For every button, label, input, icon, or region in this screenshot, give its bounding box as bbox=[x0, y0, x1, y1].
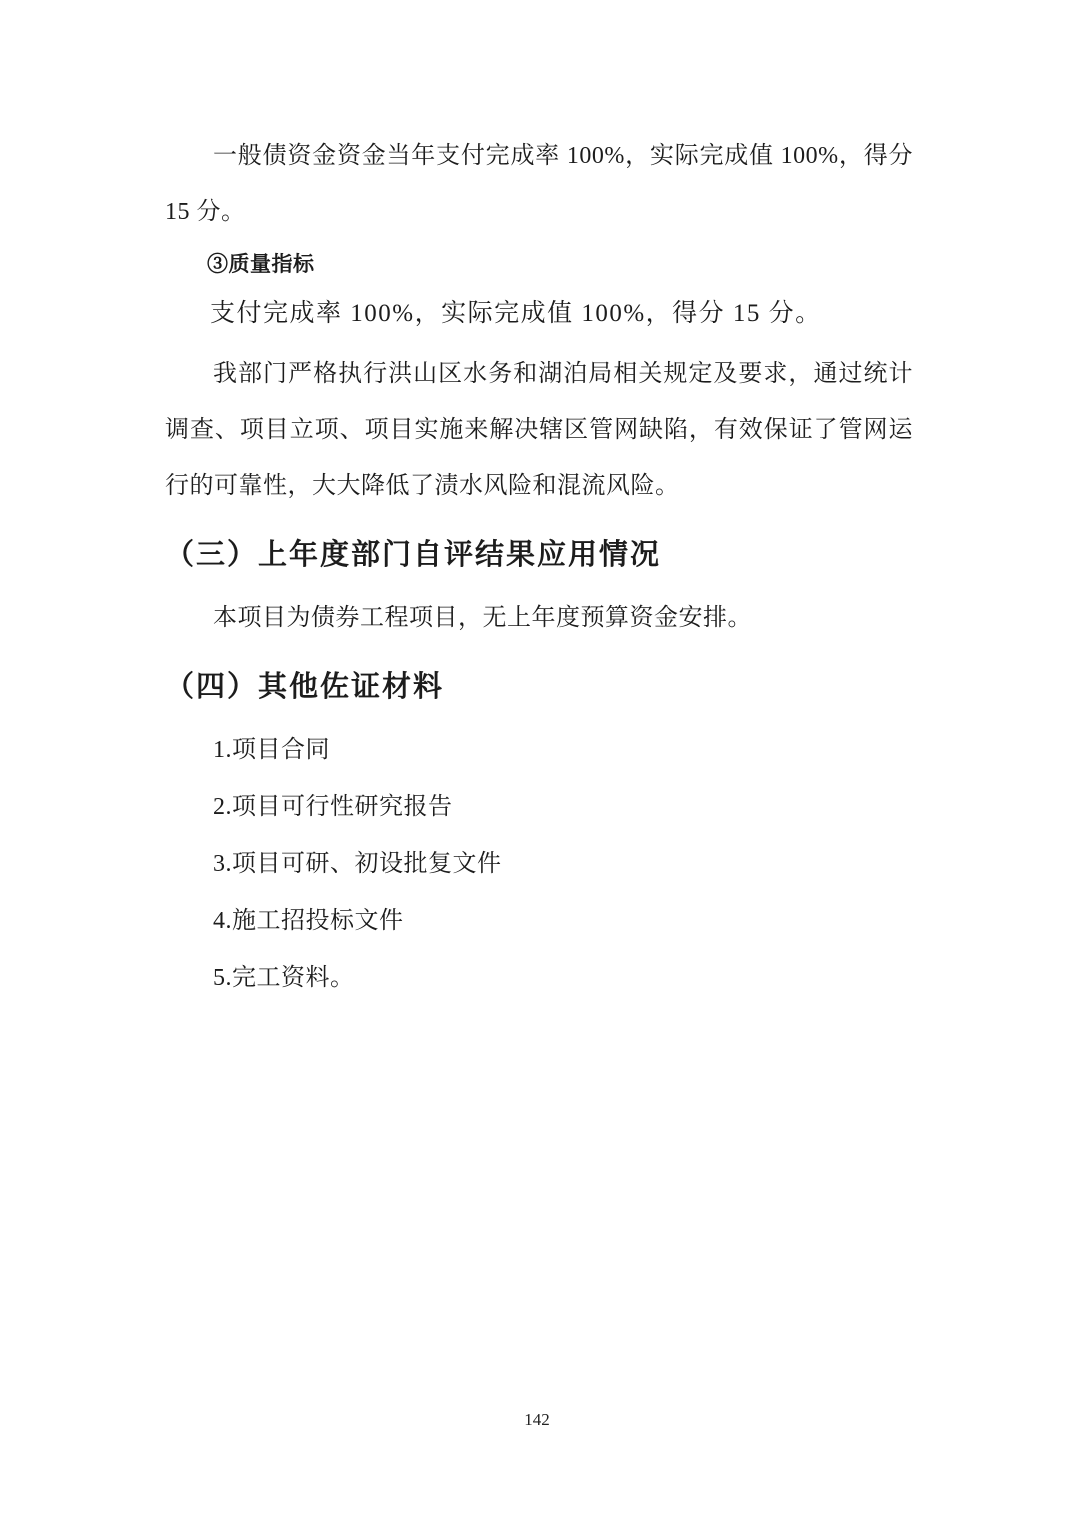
subheading-quality-indicator: ③质量指标 bbox=[165, 244, 913, 284]
heading-section-4: （四）其他佐证材料 bbox=[165, 664, 913, 710]
paragraph-department-execution: 我部门严格执行洪山区水务和湖泊局相关规定及要求，通过统计调查、项目立项、项目实施… bbox=[165, 346, 913, 514]
list-item-feasibility-report: 2.项目可行性研究报告 bbox=[165, 779, 913, 836]
document-page: 一般债资金资金当年支付完成率 100%，实际完成值 100%，得分 15 分。 … bbox=[0, 0, 1074, 1520]
paragraph-quality-completion: 支付完成率 100%，实际完成值 100%，得分 15 分。 bbox=[165, 288, 913, 340]
page-number: 142 bbox=[0, 1410, 1074, 1430]
document-content: 一般债资金资金当年支付完成率 100%，实际完成值 100%，得分 15 分。 … bbox=[165, 128, 913, 1007]
list-item-bidding-documents: 4.施工招投标文件 bbox=[165, 893, 913, 950]
list-item-contract: 1.项目合同 bbox=[165, 722, 913, 779]
paragraph-general-debt-completion: 一般债资金资金当年支付完成率 100%，实际完成值 100%，得分 15 分。 bbox=[165, 128, 913, 240]
evidence-materials-list: 1.项目合同 2.项目可行性研究报告 3.项目可研、初设批复文件 4.施工招投标… bbox=[165, 722, 913, 1007]
list-item-completion-materials: 5.完工资料。 bbox=[165, 950, 913, 1007]
heading-section-3: （三）上年度部门自评结果应用情况 bbox=[165, 532, 913, 578]
list-item-approval-documents: 3.项目可研、初设批复文件 bbox=[165, 836, 913, 893]
paragraph-section-3-body: 本项目为债券工程项目，无上年度预算资金安排。 bbox=[165, 590, 913, 646]
